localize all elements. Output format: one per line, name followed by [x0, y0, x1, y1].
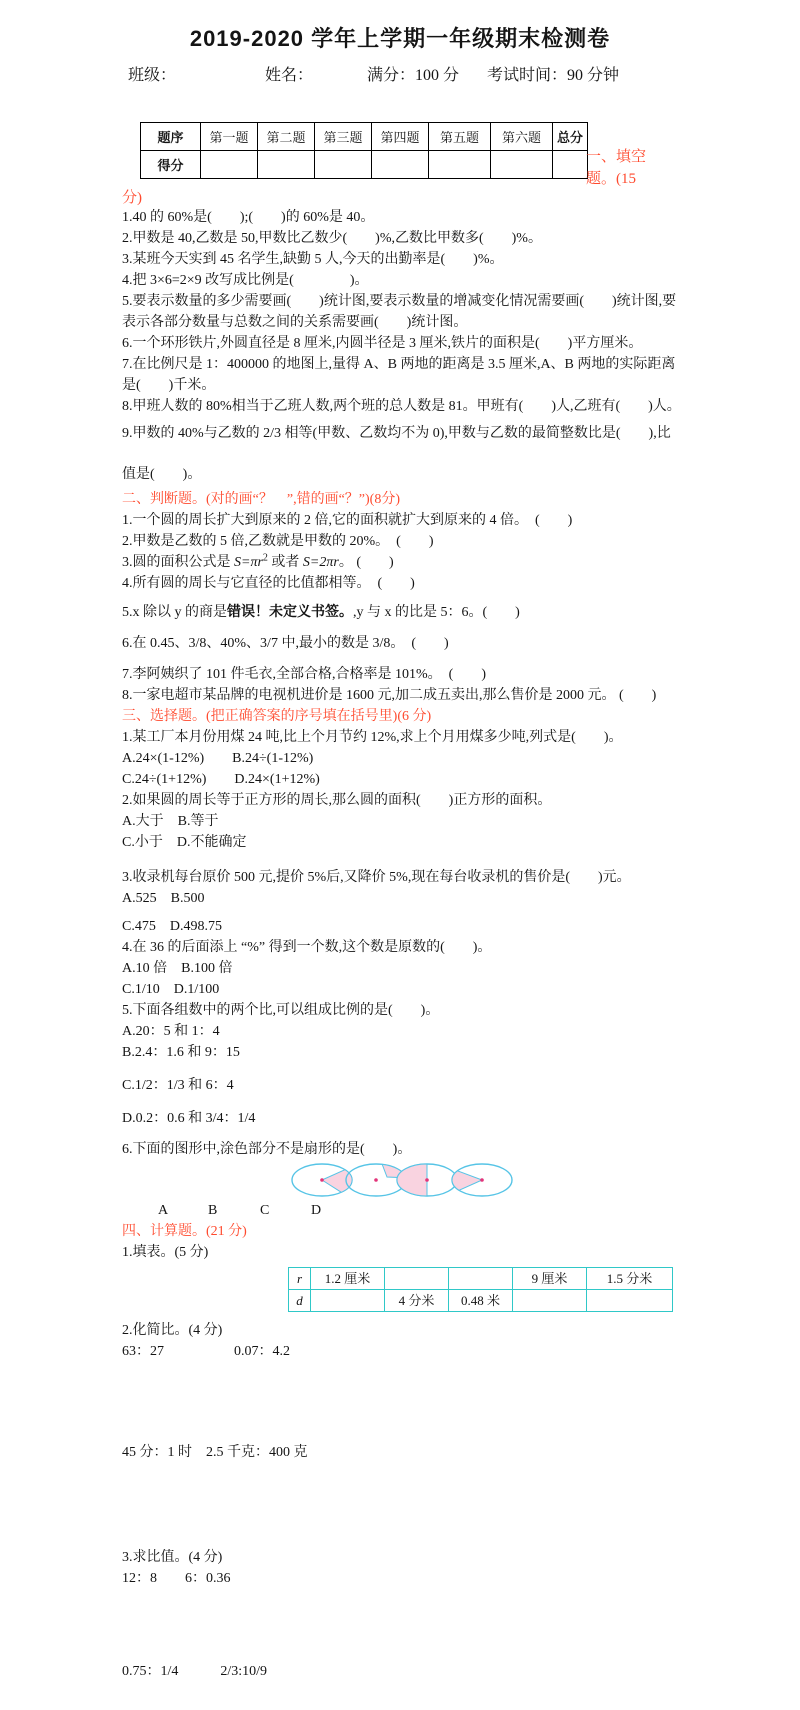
judge-item-2: 2.甲数是乙数的 5 倍,乙数就是甲数的 20%。 ( ) — [122, 531, 684, 552]
score-table-header-row: 题序 第一题 第二题 第三题 第四题 第五题 第六题 总分 — [141, 123, 588, 151]
score-col-header: 第四题 — [372, 123, 429, 151]
choice-q3-options-ab: A.525 B.500 — [122, 888, 684, 909]
calc-sub1-label: 1.填表。(5 分) — [122, 1242, 684, 1263]
choice-q1-options-cd: C.24÷(1+12%) D.24×(1+12%) — [122, 769, 684, 790]
choice-q1-options-ab: A.24×(1-12%) B.24÷(1-12%) — [122, 748, 684, 769]
fill-item-1: 1.40 的 60%是( );( )的 60%是 40。 — [122, 207, 684, 228]
choice-q5-option-b: B.2.4：1.6 和 9：15 — [122, 1042, 684, 1063]
area-formula: S=πr — [234, 555, 263, 570]
calc-sub3-label: 3.求比值。(4 分) — [122, 1547, 684, 1568]
sector-circles-svg — [290, 1160, 520, 1200]
exam-time-label: 考试时间：90 分钟 — [487, 62, 619, 85]
diameter-row: d 4 分米 0.48 米 — [289, 1290, 673, 1312]
score-col-header: 总分 — [553, 123, 588, 151]
circle-option-c — [397, 1164, 457, 1196]
diameter-cell: 4 分米 — [385, 1290, 449, 1312]
choice-q3: 3.收录机每台原价 500 元,提价 5%后,又降价 5%,现在每台收录机的售价… — [122, 867, 684, 888]
radius-cell: 1.2 厘米 — [311, 1268, 385, 1290]
score-col-header: 第五题 — [429, 123, 491, 151]
circle-option-a — [292, 1164, 352, 1196]
judge-item-1: 1.一个圆的周长扩大到原来的 2 倍,它的面积就扩大到原来的 4 倍。 ( ) — [122, 510, 684, 531]
fill-item-9: 9.甲数的 40%与乙数的 2/3 相等(甲数、乙数均不为 0),甲数与乙数的最… — [122, 423, 684, 444]
diameter-cell: 0.48 米 — [449, 1290, 513, 1312]
choice-q4: 4.在 36 的后面添上 “%” 得到一个数,这个数是原数的( )。 — [122, 937, 684, 958]
class-label: 班级： — [128, 62, 176, 85]
choice-q1: 1.某工厂本月份用煤 24 吨,比上个月节约 12%,求上个月用煤多少吨,列式是… — [122, 727, 684, 748]
judge-item-3: 3.圆的面积公式是 S=πr2 或者 S=2πr。 ( ) — [122, 552, 684, 573]
score-col-header: 第六题 — [491, 123, 553, 151]
diameter-cell — [311, 1290, 385, 1312]
figure-label-c: C — [260, 1200, 269, 1221]
choice-q2-options-cd: C.小于 D.不能确定 — [122, 832, 684, 853]
exam-body: 1.40 的 60%是( );( )的 60%是 40。 2.甲数是 40,乙数… — [122, 207, 684, 1682]
name-label: 姓名： — [265, 62, 313, 85]
score-cell-empty — [491, 151, 553, 179]
choice-q6: 6.下面的图形中,涂色部分不是扇形的是( )。 — [122, 1139, 684, 1160]
broken-bookmark-text: 错误！未定义书签。 — [227, 605, 353, 620]
fill-item-8: 8.甲班人数的 80%相当于乙班人数,两个班的总人数是 81。甲班有( )人,乙… — [122, 396, 684, 417]
fill-item-5: 5.要表示数量的多少需要画( )统计图,要表示数量的增减变化情况需要画( )统计… — [122, 291, 684, 333]
section2-heading: 二、判断题。(对的画“？ ”,错的画“？”)(8分) — [122, 489, 684, 510]
radius-row-label: r — [289, 1268, 311, 1290]
choice-q5-option-c: C.1/2：1/3 和 6：4 — [122, 1075, 684, 1096]
judge-item-5: 5.x 除以 y 的商是错误！未定义书签。,y 与 x 的比是 5：6。( ) — [122, 602, 684, 623]
figure-label-b: B — [208, 1200, 217, 1221]
page-title: 2019-2020 学年上学期一年级期末检测卷 — [0, 22, 800, 53]
score-row-label: 得分 — [141, 151, 201, 179]
fill-item-2: 2.甲数是 40,乙数是 50,甲数比乙数少( )%,乙数比甲数多( )%。 — [122, 228, 684, 249]
choice-q5: 5.下面各组数中的两个比,可以组成比例的是( )。 — [122, 1000, 684, 1021]
score-col-header: 第二题 — [258, 123, 315, 151]
section1-heading-right: 一、填空 题。(15 — [586, 146, 678, 190]
judge-item-7: 7.李阿姨织了 101 件毛衣,全部合格,合格率是 101%。 ( ) — [122, 664, 684, 685]
judge-item-6: 6.在 0.45、3/8、40%、3/7 中,最小的数是 3/8。 ( ) — [122, 633, 684, 654]
score-cell-empty — [201, 151, 258, 179]
score-cell-empty — [315, 151, 372, 179]
fill-item-6: 6.一个环形铁片,外圆直径是 8 厘米,内圆半径是 3 厘米,铁片的面积是( )… — [122, 333, 684, 354]
choice-q4-options-ab: A.10 倍 B.100 倍 — [122, 958, 684, 979]
fill-item-7: 7.在比例尺是 1：400000 的地图上,量得 A、B 两地的距离是 3.5 … — [122, 354, 684, 396]
choice-q5-option-a: A.20：5 和 1：4 — [122, 1021, 684, 1042]
score-col-header: 第三题 — [315, 123, 372, 151]
choice-q4-options-cd: C.1/10 D.1/100 — [122, 979, 684, 1000]
section1-heading-continued: 分) — [122, 186, 142, 207]
radius-cell: 1.5 分米 — [587, 1268, 673, 1290]
diameter-cell — [513, 1290, 587, 1312]
judge-item-8: 8.一家电超市某品牌的电视机进价是 1600 元,加二成五卖出,那么售价是 20… — [122, 685, 684, 706]
radius-cell — [449, 1268, 513, 1290]
simplify-ratio-line-2: 45 分：1 时 2.5 千克：400 克 — [122, 1442, 684, 1463]
simplify-ratio-line-1: 63：27 0.07：4.2 — [122, 1341, 684, 1362]
figure-label-a: A — [158, 1200, 168, 1221]
choice-q5-option-d: D.0.2：0.6 和 3/4：1/4 — [122, 1108, 684, 1129]
fill-item-3: 3.某班今天实到 45 名学生,缺勤 5 人,今天的出勤率是( )%。 — [122, 249, 684, 270]
score-cell-empty — [372, 151, 429, 179]
judge-item-4: 4.所有圆的周长与它直径的比值都相等。 ( ) — [122, 573, 684, 594]
score-col-header: 第一题 — [201, 123, 258, 151]
radius-diameter-table: r 1.2 厘米 9 厘米 1.5 分米 d 4 分米 0.48 米 — [288, 1267, 673, 1312]
diameter-cell — [587, 1290, 673, 1312]
choice-q2: 2.如果圆的周长等于正方形的周长,那么圆的面积( )正方形的面积。 — [122, 790, 684, 811]
ratio-value-line-1: 12：8 6：0.36 — [122, 1568, 684, 1589]
sector-figure — [290, 1160, 684, 1200]
choice-q2-options-ab: A.大于 B.等于 — [122, 811, 684, 832]
figure-option-labels: A B C D — [122, 1200, 684, 1221]
diameter-row-label: d — [289, 1290, 311, 1312]
score-col-header: 题序 — [141, 123, 201, 151]
score-cell-empty — [553, 151, 588, 179]
section3-heading: 三、选择题。(把正确答案的序号填在括号里)(6 分) — [122, 706, 684, 727]
section4-heading: 四、计算题。(21 分) — [122, 1221, 684, 1242]
radius-cell — [385, 1268, 449, 1290]
ratio-value-line-2: 0.75：1/4 2/3:10/9 — [122, 1661, 684, 1682]
calc-sub2-label: 2.化简比。(4 分) — [122, 1320, 684, 1341]
radius-row: r 1.2 厘米 9 厘米 1.5 分米 — [289, 1268, 673, 1290]
figure-label-d: D — [311, 1200, 321, 1221]
radius-cell: 9 厘米 — [513, 1268, 587, 1290]
score-cell-empty — [429, 151, 491, 179]
fill-item-4: 4.把 3×6=2×9 改写成比例是( )。 — [122, 270, 684, 291]
fill-item-9-continued: 值是( )。 — [122, 464, 684, 485]
score-cell-empty — [258, 151, 315, 179]
circle-option-d — [452, 1164, 512, 1196]
exam-paper-page: 2019-2020 学年上学期一年级期末检测卷 班级： 姓名： 满分：100 分… — [0, 0, 800, 1710]
choice-q3-options-cd: C.475 D.498.75 — [122, 916, 684, 937]
circumference-formula: S=2πr — [303, 555, 339, 570]
full-score-label: 满分：100 分 — [367, 62, 459, 85]
score-table-score-row: 得分 — [141, 151, 588, 179]
score-table: 题序 第一题 第二题 第三题 第四题 第五题 第六题 总分 得分 — [140, 122, 588, 179]
